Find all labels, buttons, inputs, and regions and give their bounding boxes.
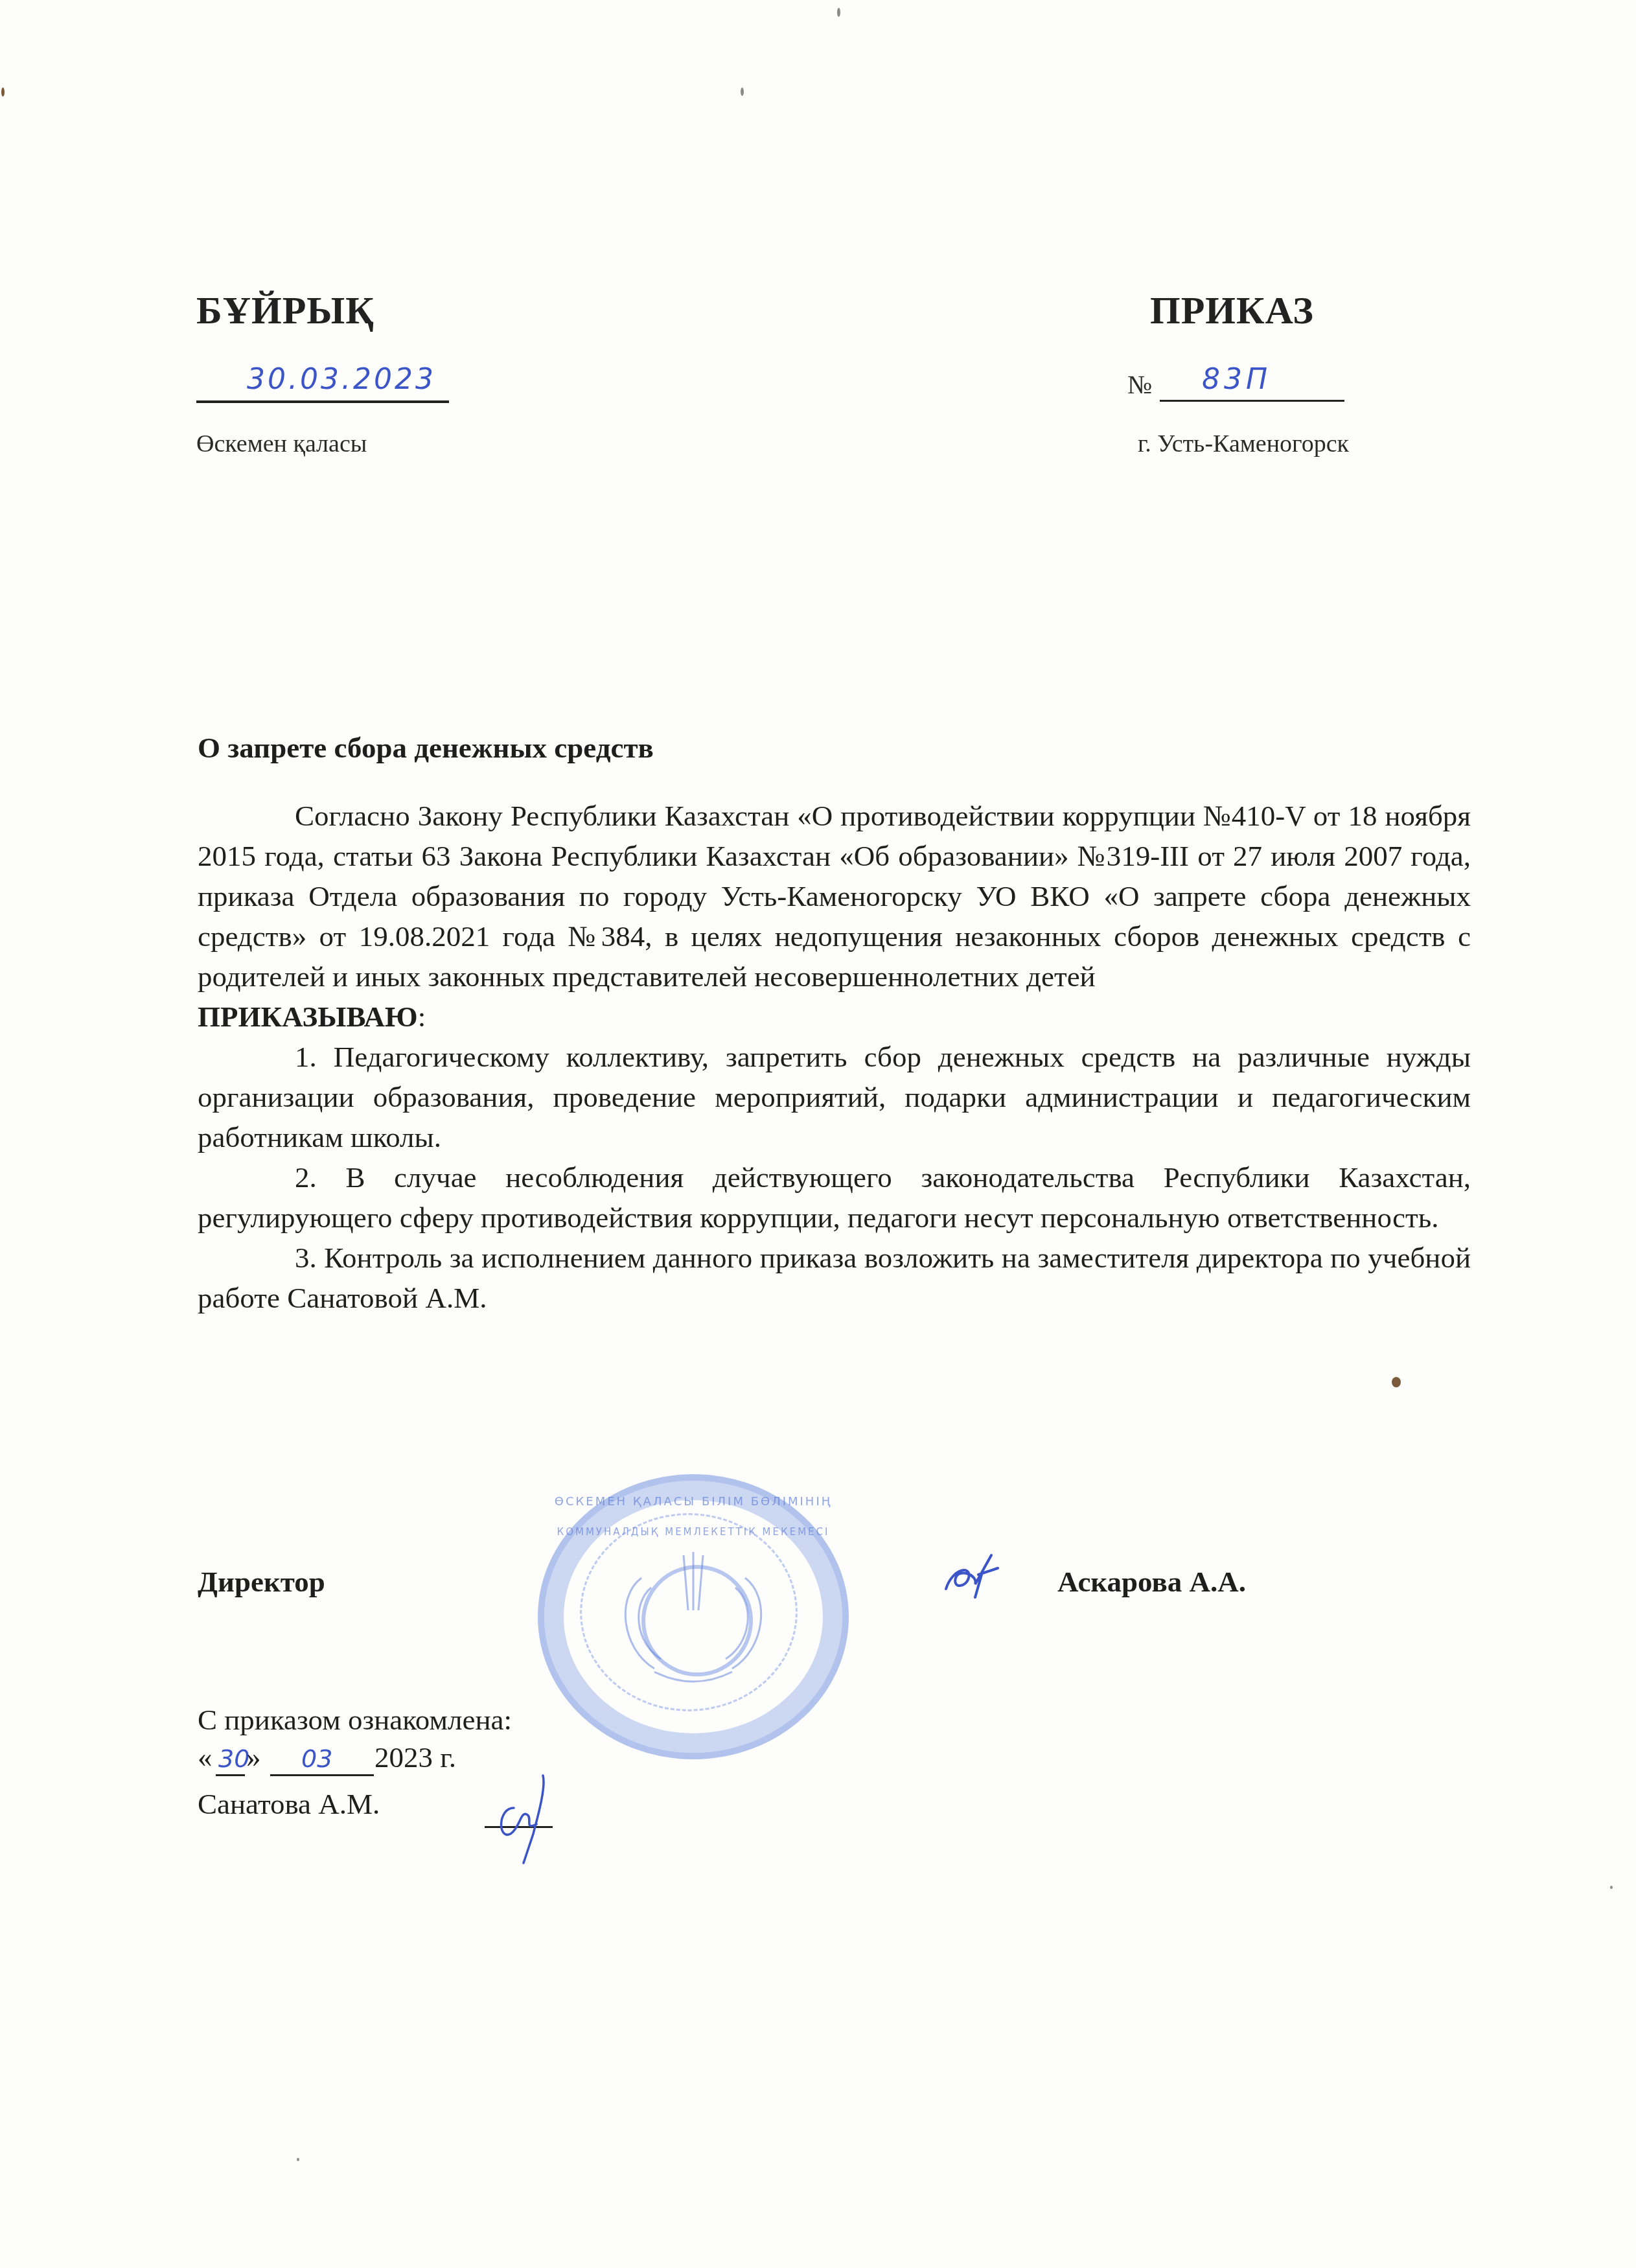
stamp-inner-text: КОММУНАЛДЫҚ МЕМЛЕКЕТТІК МЕКЕМЕСІ: [544, 1526, 842, 1538]
acknowledgement-name: Санатова А.М.: [198, 1785, 380, 1823]
order-colon: :: [418, 1001, 426, 1033]
handwritten-order-number: 83П: [1202, 363, 1271, 396]
acknowledgement-year: 2023 г.: [374, 1739, 456, 1776]
director-signature-icon: [943, 1549, 1001, 1601]
header-title-kazakh: БҰЙРЫҚ: [196, 288, 374, 333]
scan-speck: [1610, 1886, 1613, 1889]
handwritten-day: 30: [218, 1740, 249, 1777]
number-sign: №: [1127, 369, 1152, 400]
preamble-text: Согласно Закону Республики Казахстан «О …: [198, 800, 1471, 993]
acknowledgement-label: С приказом ознакомлена:: [198, 1701, 512, 1739]
acknowledgement-date: « 30 » 03 2023 г.: [198, 1739, 651, 1779]
document-body: Согласно Закону Республики Казахстан «О …: [198, 796, 1471, 1318]
handwritten-month: 03: [301, 1740, 332, 1777]
preamble-paragraph: Согласно Закону Республики Казахстан «О …: [198, 796, 1471, 1037]
director-name: Аскарова А.А.: [1057, 1565, 1246, 1599]
acknowledgement-signature-icon: [485, 1763, 556, 1866]
stamp-outer-text: ӨСКЕМЕН ҚАЛАСЫ БІЛІМ БӨЛІМІНІҢ: [544, 1495, 842, 1509]
signature-position: Директор: [198, 1565, 325, 1599]
city-russian: г. Усть-Каменогорск: [1138, 430, 1349, 458]
scan-speck: [297, 2158, 299, 2161]
scan-speck: [1, 87, 5, 97]
official-stamp: ӨСКЕМЕН ҚАЛАСЫ БІЛІМ БӨЛІМІНІҢ КОММУНАЛД…: [538, 1474, 849, 1759]
scan-speck: [837, 8, 840, 17]
close-quote: »: [246, 1739, 261, 1776]
handwritten-date: 30.03.2023: [247, 363, 436, 396]
order-word: ПРИКАЗЫВАЮ: [198, 1001, 418, 1033]
scan-speck: [1392, 1377, 1401, 1387]
order-item-1: 1. Педагогическому коллективу, запретить…: [198, 1037, 1471, 1157]
scan-speck: [741, 87, 744, 96]
coat-of-arms-wings-icon: [603, 1539, 784, 1695]
order-item-3: 3. Контроль за исполнением данного прика…: [198, 1238, 1471, 1318]
open-quote: «: [198, 1739, 213, 1776]
document-subject: О запрете сбора денежных средств: [198, 731, 654, 765]
order-item-2: 2. В случае несоблюдения действующего за…: [198, 1157, 1471, 1238]
city-kazakh: Өскемен қаласы: [196, 430, 367, 458]
date-field: 30.03.2023: [196, 363, 449, 403]
header-title-russian: ПРИКАЗ: [1150, 288, 1314, 333]
